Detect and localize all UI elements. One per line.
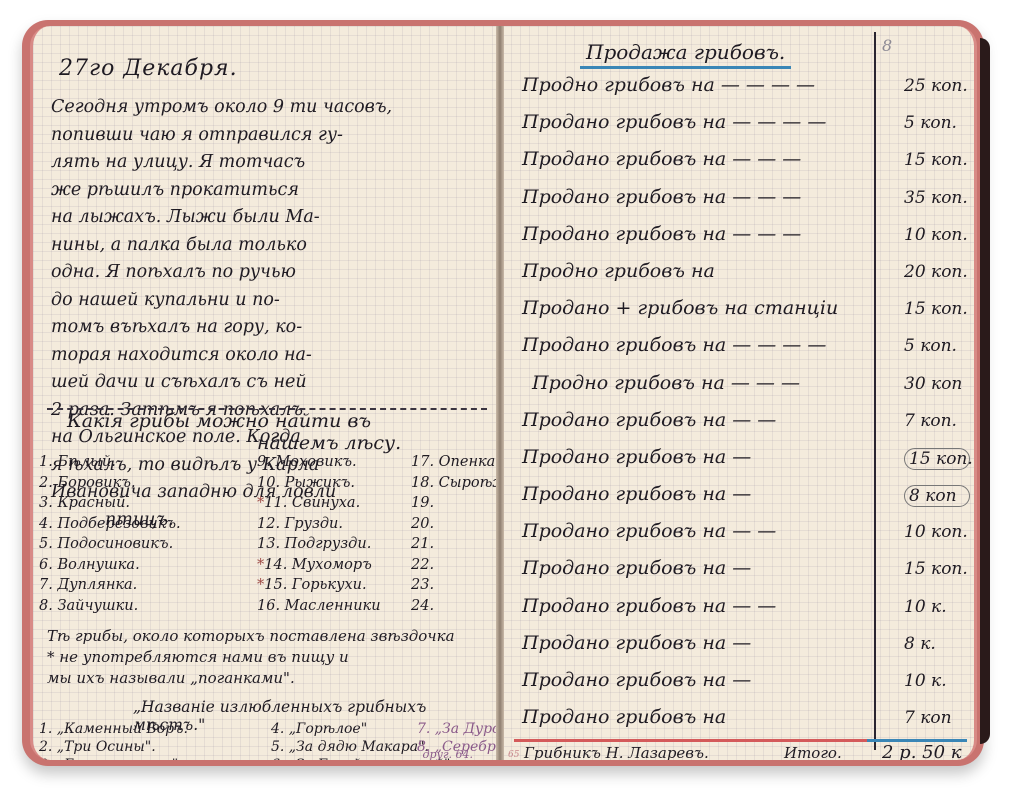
sale-desc: Продано грибовъ на — — — [522, 595, 776, 617]
sale-amount: 8 к. — [904, 634, 977, 654]
mushroom-item: 4. Подберезовикъ. — [39, 516, 181, 537]
mushroom-name: 13. Подгрузди. — [257, 536, 371, 552]
sale-amount: 10 коп. — [904, 225, 977, 245]
diary-line: томъ въѣхалъ на гору, ко- — [51, 314, 481, 342]
sale-desc: Продано грибовъ на — — [522, 669, 751, 691]
notebook: 27го Декабря. Сегодня утромъ около 9 ти … — [22, 20, 984, 766]
mushroom-item: *14. Мухоморъ — [257, 557, 381, 578]
sale-row: Продно грибовъ на20 коп. — [522, 256, 962, 293]
sale-desc: Продно грибовъ на — — — — [532, 372, 800, 394]
mushroom-column-2: 9. Моховикъ. 10. Рыжикъ. *11. Свинуха. 1… — [257, 454, 381, 618]
sale-row: Продано + грибовъ на станцiи15 коп. — [522, 293, 962, 330]
sale-row: Продано грибовъ на —15 коп. — [522, 553, 962, 590]
mushroom-name: 3. Красный. — [39, 495, 130, 511]
sale-amount-circled: 8 коп — [904, 485, 970, 507]
red-total-rule — [514, 739, 867, 742]
mushroom-column-3: 17. Опенка. 18. Сыроѣжка 19. 20. 21. 22.… — [411, 454, 501, 618]
sale-amount: 10 коп. — [904, 522, 977, 542]
note-line: мы ихъ называли „поганками". — [47, 668, 497, 689]
sale-desc: Продано грибовъ на — — — — [522, 223, 801, 245]
mushroom-item: 24. — [411, 598, 501, 619]
mushroom-item: *11. Свинуха. — [257, 495, 381, 516]
left-page-number: друг. 64. — [423, 748, 473, 760]
place-item: 7. „За Дурополь" — [417, 721, 501, 739]
left-page: 27го Декабря. Сегодня утромъ около 9 ти … — [30, 26, 501, 760]
sale-amount: 35 коп. — [904, 188, 977, 208]
sale-amount: 15 коп. — [904, 559, 977, 579]
sale-desc: Продано грибовъ на — — — [522, 409, 776, 431]
sale-amount: 20 коп. — [904, 262, 977, 282]
sale-row: Продано грибовъ на — — —10 коп. — [522, 219, 962, 256]
mushroom-list: 1. Бѣлый. 2. Боровикъ. 3. Красный. 4. По… — [39, 454, 499, 624]
sale-row: Продано грибовъ на — — — —5 коп. — [522, 107, 962, 144]
mushroom-name: 4. Подберезовикъ. — [39, 516, 181, 532]
diary-line: же рѣшилъ прокатиться — [51, 177, 481, 205]
sales-title: Продажа грибовъ. — [580, 40, 791, 69]
diary-line: лять на улицу. Я тотчасъ — [51, 149, 481, 177]
sale-desc: Продано грибовъ на — — — — — [522, 334, 826, 356]
sale-desc: Продано + грибовъ на станцiи — [522, 297, 838, 319]
diary-line: одна. Я поѣхалъ по ручью — [51, 259, 481, 287]
sale-desc: Продно грибовъ на — — — — — [522, 74, 815, 96]
mushroom-item: 6. Волнушка. — [39, 557, 181, 578]
sale-row: Продано грибовъ на7 коп — [522, 702, 962, 739]
sale-amount: 15 коп. — [904, 150, 977, 170]
mushroom-item: 16. Масленники — [257, 598, 381, 619]
mushroom-name: 14. Мухоморъ — [264, 557, 372, 573]
right-page: Продажа грибовъ. 8 Продно грибовъ на — —… — [502, 26, 977, 760]
mushroom-name: 6. Волнушка. — [39, 557, 140, 573]
sale-amount: 15 коп. — [904, 299, 977, 319]
diary-line: Сегодня утромъ около 9 ти часовъ, — [51, 94, 481, 122]
sale-row: Продано грибовъ на — — — —5 коп. — [522, 330, 962, 367]
mushrooms-heading: Какiя грибы можно найти въ нашемъ лѣсу. — [67, 410, 401, 454]
sale-desc: Продано грибовъ на — — [522, 446, 751, 468]
mushroom-name: 11. Свинуха. — [264, 495, 360, 511]
mushroom-name: 10. Рыжикъ. — [257, 475, 355, 491]
diary-line: на лыжахъ. Лыжи были Ма- — [51, 204, 481, 232]
mushroom-name: 15. Горькухи. — [264, 577, 366, 593]
sale-row: Продано грибовъ на — —10 к. — [522, 591, 962, 628]
mushroom-item: 8. Зайчушки. — [39, 598, 181, 619]
place-item: 2. „Три Осины". — [39, 739, 188, 757]
mushroom-name: 1. Бѣлый. — [39, 454, 116, 470]
mushroom-item: 2. Боровикъ. — [39, 475, 181, 496]
place-item: 3. „Грязная лужа". — [39, 757, 188, 760]
mushroom-item: 9. Моховикъ. — [257, 454, 381, 475]
mushroom-name: 9. Моховикъ. — [257, 454, 357, 470]
sale-row: Продано грибовъ на —8 к. — [522, 628, 962, 665]
total-value: 2 р. 50 к — [882, 742, 962, 760]
mushroom-item: 13. Подгрузди. — [257, 536, 381, 557]
mushroom-item: 18. Сыроѣжка — [411, 475, 501, 496]
sale-row: Продано грибовъ на — — —35 коп. — [522, 182, 962, 219]
diary-line: шей дачи и съѣхалъ съ ней — [51, 369, 481, 397]
mushroom-item: 20. — [411, 516, 501, 537]
sale-amount: 5 коп. — [904, 113, 977, 133]
place-item: 1. „Каменный Боръ. — [39, 721, 188, 739]
sale-desc: Продано грибовъ на — — [522, 632, 751, 654]
mushroom-item: 10. Рыжикъ. — [257, 475, 381, 496]
diary-line: нины, а палка была только — [51, 232, 481, 260]
sale-amount: 10 к. — [904, 671, 977, 691]
sale-row: Продно грибовъ на — — —30 коп — [522, 368, 962, 405]
sale-desc: Продано грибовъ на — — — — [522, 186, 801, 208]
signature: Грибникъ Н. Лазаревъ. — [524, 744, 709, 760]
mushroom-name: 5. Подосиновикъ. — [39, 536, 173, 552]
sale-row: Продано грибовъ на — —10 коп. — [522, 516, 962, 553]
mushroom-item: 21. — [411, 536, 501, 557]
mushroom-item: 17. Опенка. — [411, 454, 501, 475]
sale-row: Продано грибовъ на —10 к. — [522, 665, 962, 702]
mushroom-item: 1. Бѣлый. — [39, 454, 181, 475]
mushroom-name: 8. Зайчушки. — [39, 598, 138, 614]
mushroom-item: 12. Грузди. — [257, 516, 381, 537]
sale-row: Продано грибовъ на —8 коп — [522, 479, 962, 516]
sale-amount: 5 коп. — [904, 336, 977, 356]
sale-desc: Продано грибовъ на — — — — [522, 148, 801, 170]
sale-amount: 10 к. — [904, 597, 977, 617]
right-page-number: 65 — [508, 750, 519, 760]
mushroom-name: 7. Дуплянка. — [39, 577, 137, 593]
note-line: Тѣ грибы, около которыхъ поставлена звѣз… — [47, 626, 497, 647]
sale-amount: 7 коп. — [904, 411, 977, 431]
diary-line: попивши чаю я отправился гу- — [51, 122, 481, 150]
mushroom-item: 5. Подосиновикъ. — [39, 536, 181, 557]
mushrooms-heading-line1: Какiя грибы можно найти въ — [67, 410, 371, 432]
sale-amount: 30 коп — [904, 374, 977, 394]
sale-amount: 7 коп — [904, 708, 977, 728]
sale-desc: Продано грибовъ на — — [522, 557, 751, 579]
mushroom-name: 16. Масленники — [257, 598, 381, 614]
mushroom-column-1: 1. Бѣлый. 2. Боровикъ. 3. Красный. 4. По… — [39, 454, 181, 618]
mushroom-item: 22. — [411, 557, 501, 578]
poison-note: Тѣ грибы, около которыхъ поставлена звѣз… — [47, 626, 497, 689]
mushroom-item: 3. Красный. — [39, 495, 181, 516]
sale-desc: Продано грибовъ на — — — — — [522, 111, 826, 133]
sales-ledger: Продно грибовъ на — — — —25 коп. Продано… — [522, 70, 962, 739]
sale-row: Продано грибовъ на — — —15 коп. — [522, 144, 962, 181]
sale-row: Продно грибовъ на — — — —25 коп. — [522, 70, 962, 107]
corner-mark: 8 — [882, 36, 892, 55]
mushroom-name: 12. Грузди. — [257, 516, 343, 532]
sale-amount-circled: 15 коп. — [904, 448, 970, 470]
mushroom-name: 2. Боровикъ. — [39, 475, 136, 491]
mushroom-item: 7. Дуплянка. — [39, 577, 181, 598]
sale-desc: Продано грибовъ на — — — [522, 520, 776, 542]
sale-desc: Продано грибовъ на — — [522, 483, 751, 505]
mushroom-item: 19. — [411, 495, 501, 516]
mushroom-item: 23. — [411, 577, 501, 598]
sale-amount: 25 коп. — [904, 76, 977, 96]
sale-row: Продано грибовъ на —15 коп. — [522, 442, 962, 479]
sale-row: Продано грибовъ на — —7 коп. — [522, 405, 962, 442]
sale-desc: Продано грибовъ на — [522, 706, 726, 728]
sale-desc: Продно грибовъ на — [522, 260, 715, 282]
total-label: Итого. — [784, 744, 842, 760]
diary-line: до нашей купальни и по- — [51, 287, 481, 315]
mushrooms-heading-line2: нашемъ лѣсу. — [67, 432, 401, 454]
diary-date: 27го Декабря. — [59, 56, 238, 81]
note-line: * не употребляются нами въ пищу и — [47, 647, 497, 668]
mushroom-item: *15. Горькухи. — [257, 577, 381, 598]
binding-gutter — [496, 26, 504, 760]
diary-line: торая находится около на- — [51, 342, 481, 370]
places-column-1: 1. „Каменный Боръ. 2. „Три Осины". 3. „Г… — [39, 721, 188, 760]
